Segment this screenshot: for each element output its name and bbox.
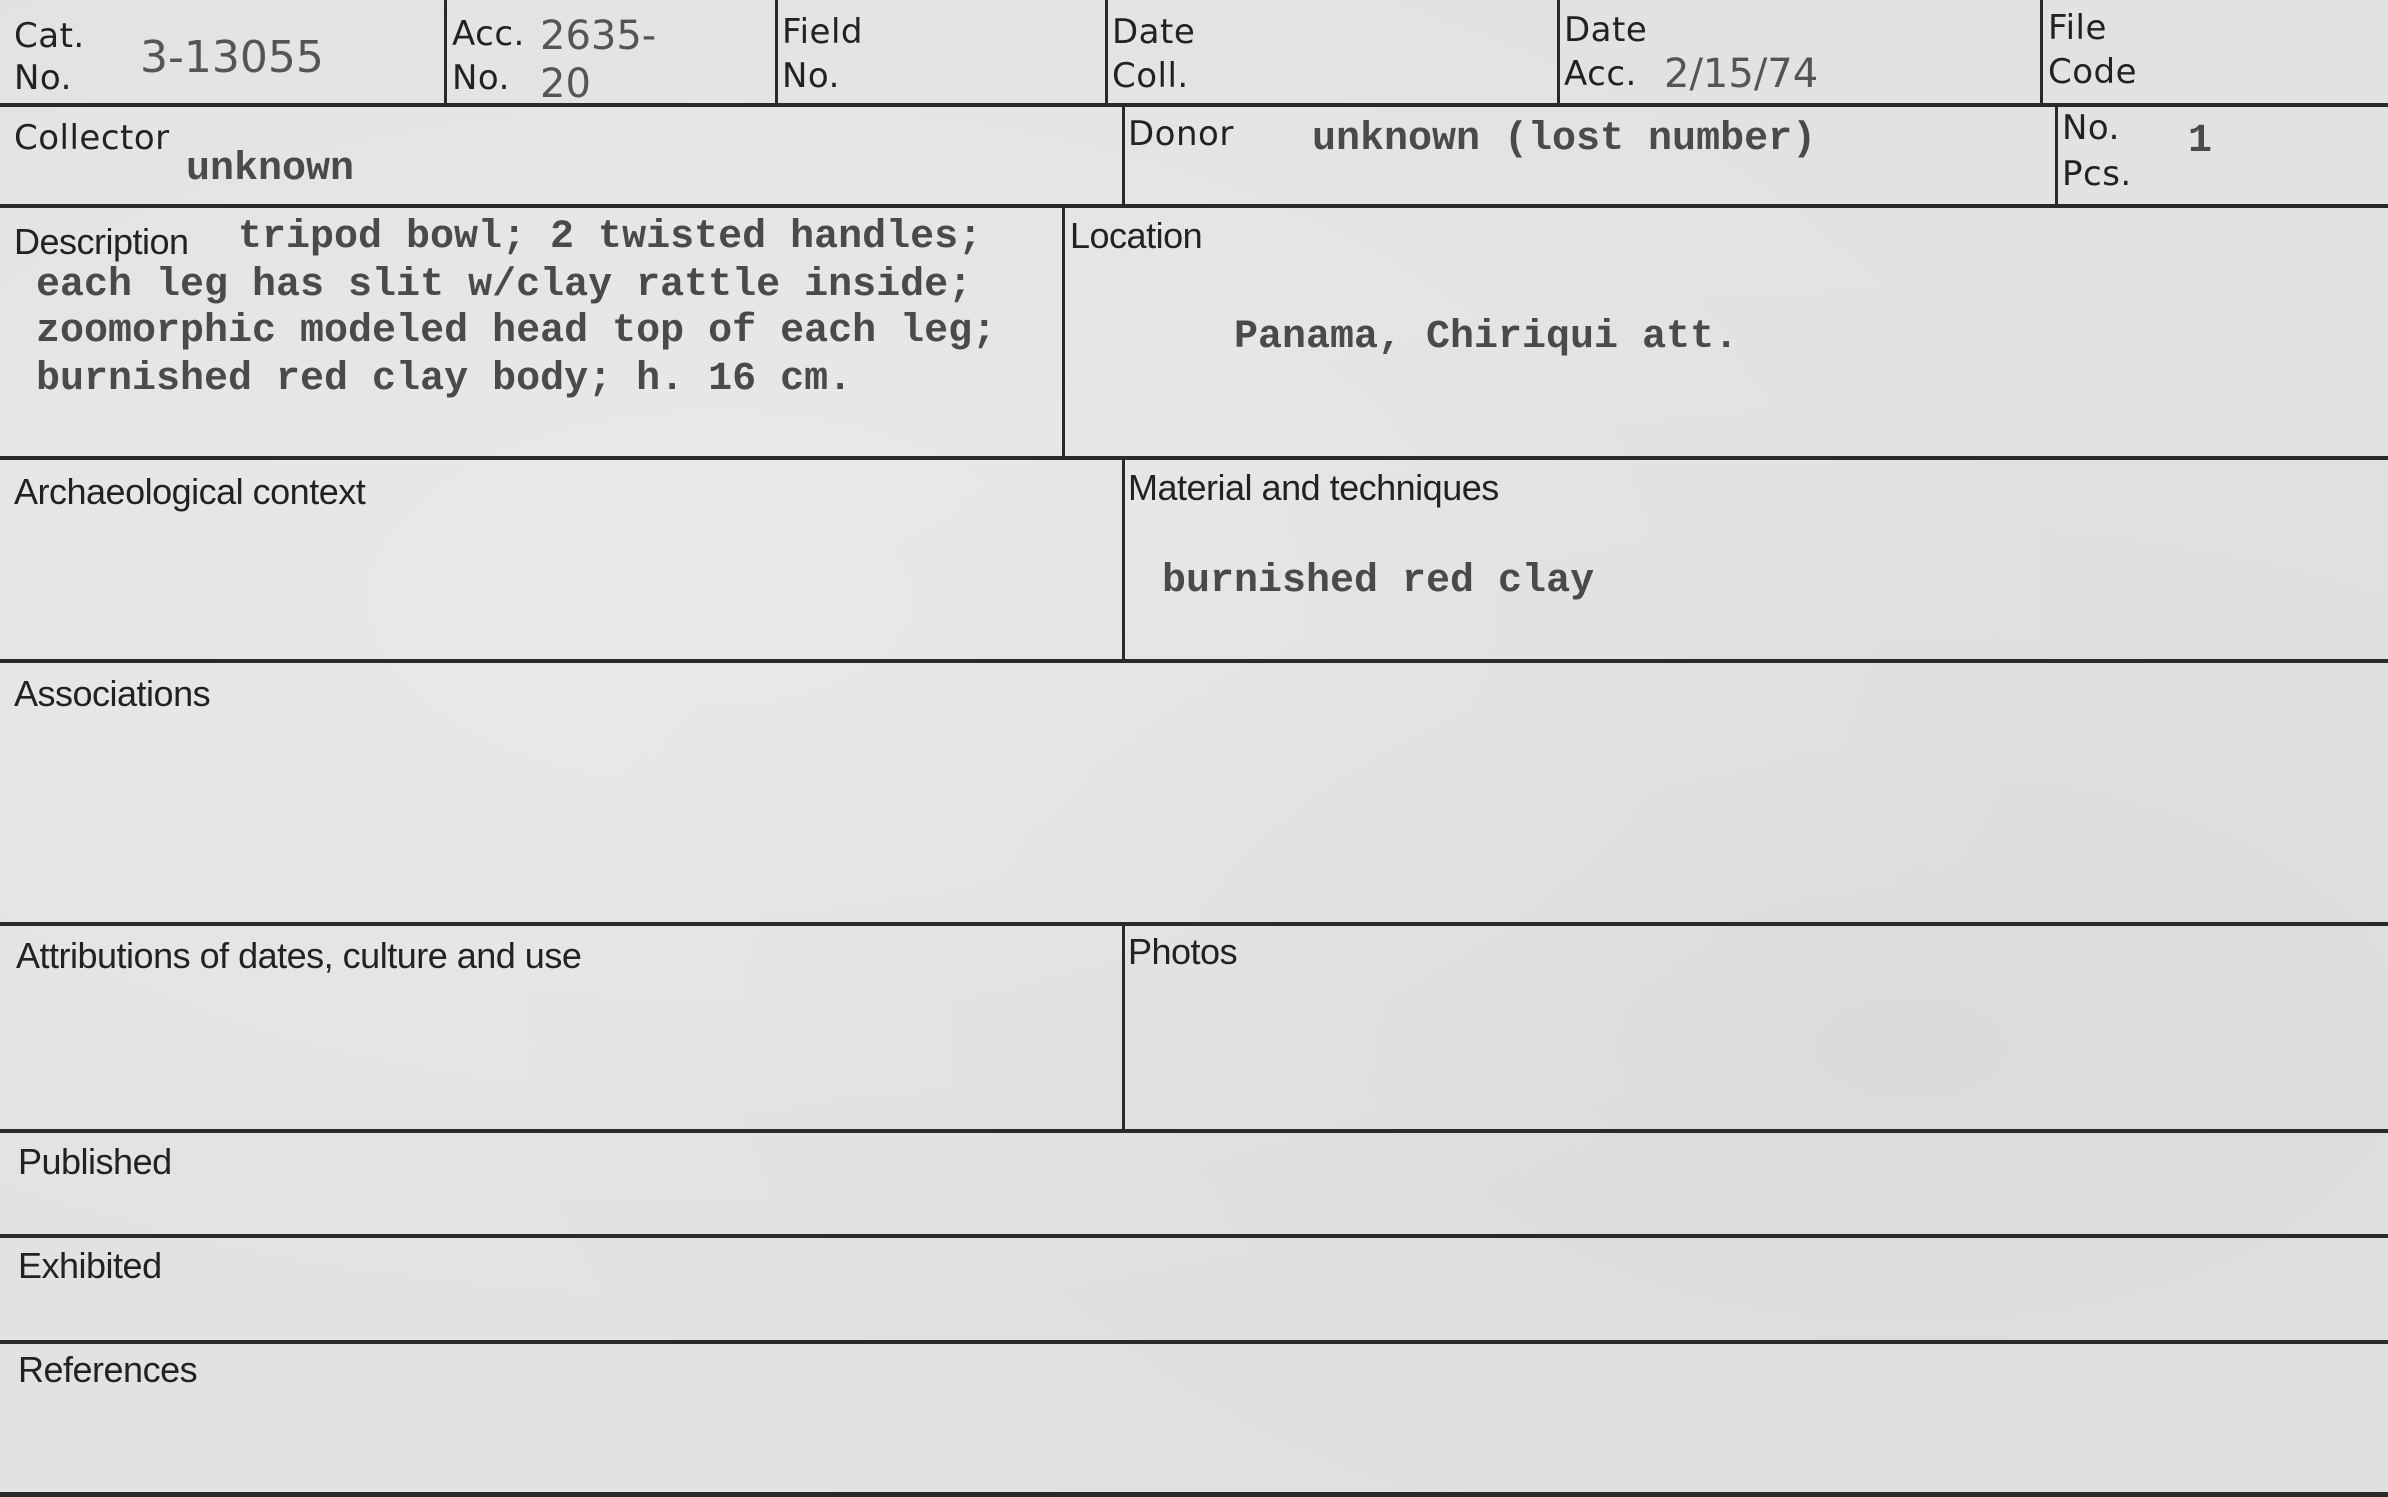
cat-no-value: 3-13055 <box>140 34 324 82</box>
row-divider <box>0 1234 2388 1238</box>
collector-label: Collector <box>14 116 170 160</box>
column-divider <box>775 0 778 105</box>
row-divider <box>0 103 2388 107</box>
column-divider <box>444 0 447 105</box>
no-pcs-value: 1 <box>2188 118 2212 166</box>
row-divider <box>0 204 2388 208</box>
column-divider <box>1062 206 1065 458</box>
file-code-label-1: File <box>2048 6 2107 50</box>
description-line-4: burnished red clay body; h. 16 cm. <box>36 356 852 404</box>
column-divider <box>1122 105 1125 205</box>
acc-no-label-1: Acc. <box>452 12 525 56</box>
row-divider <box>0 659 2388 663</box>
date-acc-label-2: Acc. <box>1564 52 1637 96</box>
donor-label: Donor <box>1128 112 1234 156</box>
column-divider <box>1122 924 1125 1131</box>
column-divider <box>1557 0 1560 105</box>
references-label: References <box>18 1348 197 1392</box>
cat-no-label-2: No. <box>14 56 72 100</box>
description-line-2: each leg has slit w/clay rattle inside; <box>36 262 972 310</box>
date-acc-label-1: Date <box>1564 8 1647 52</box>
acc-no-value-2: 20 <box>540 60 591 108</box>
column-divider <box>1122 458 1125 661</box>
associations-label: Associations <box>14 672 210 716</box>
row-divider <box>0 922 2388 926</box>
attributions-label: Attributions of dates, culture and use <box>16 934 581 978</box>
material-techniques-label: Material and techniques <box>1128 466 1499 510</box>
date-acc-value: 2/15/74 <box>1664 50 1818 98</box>
file-code-label-2: Code <box>2048 50 2137 94</box>
cat-no-label-1: Cat. <box>14 14 85 58</box>
published-label: Published <box>18 1140 172 1184</box>
donor-value: unknown (lost number) <box>1312 116 1816 164</box>
row-divider <box>0 1129 2388 1133</box>
acc-no-label-2: No. <box>452 56 510 100</box>
exhibited-label: Exhibited <box>18 1244 162 1288</box>
archaeological-context-label: Archaeological context <box>14 470 365 514</box>
field-no-label-2: No. <box>782 54 840 98</box>
column-divider <box>2040 0 2043 105</box>
acc-no-value-1: 2635- <box>540 12 656 60</box>
location-label: Location <box>1070 214 1202 258</box>
photos-label: Photos <box>1128 930 1237 974</box>
catalog-card: Cat. No. 3-13055 Acc. No. 2635- 20 Field… <box>0 0 2388 1497</box>
material-techniques-value: burnished red clay <box>1162 558 1594 606</box>
row-divider <box>0 1492 2388 1497</box>
row-divider <box>0 1340 2388 1344</box>
row-divider <box>0 456 2388 460</box>
description-label: Description <box>14 220 189 264</box>
column-divider <box>1105 0 1108 105</box>
column-divider <box>2055 105 2058 205</box>
no-pcs-label-1: No. <box>2062 106 2120 150</box>
date-coll-label-2: Coll. <box>1112 54 1189 98</box>
collector-value: unknown <box>186 146 354 194</box>
description-line-1: tripod bowl; 2 twisted handles; <box>238 214 982 262</box>
location-value: Panama, Chiriqui att. <box>1234 314 1738 362</box>
description-line-3: zoomorphic modeled head top of each leg; <box>36 308 996 356</box>
field-no-label-1: Field <box>782 10 863 54</box>
no-pcs-label-2: Pcs. <box>2062 152 2132 196</box>
date-coll-label-1: Date <box>1112 10 1195 54</box>
